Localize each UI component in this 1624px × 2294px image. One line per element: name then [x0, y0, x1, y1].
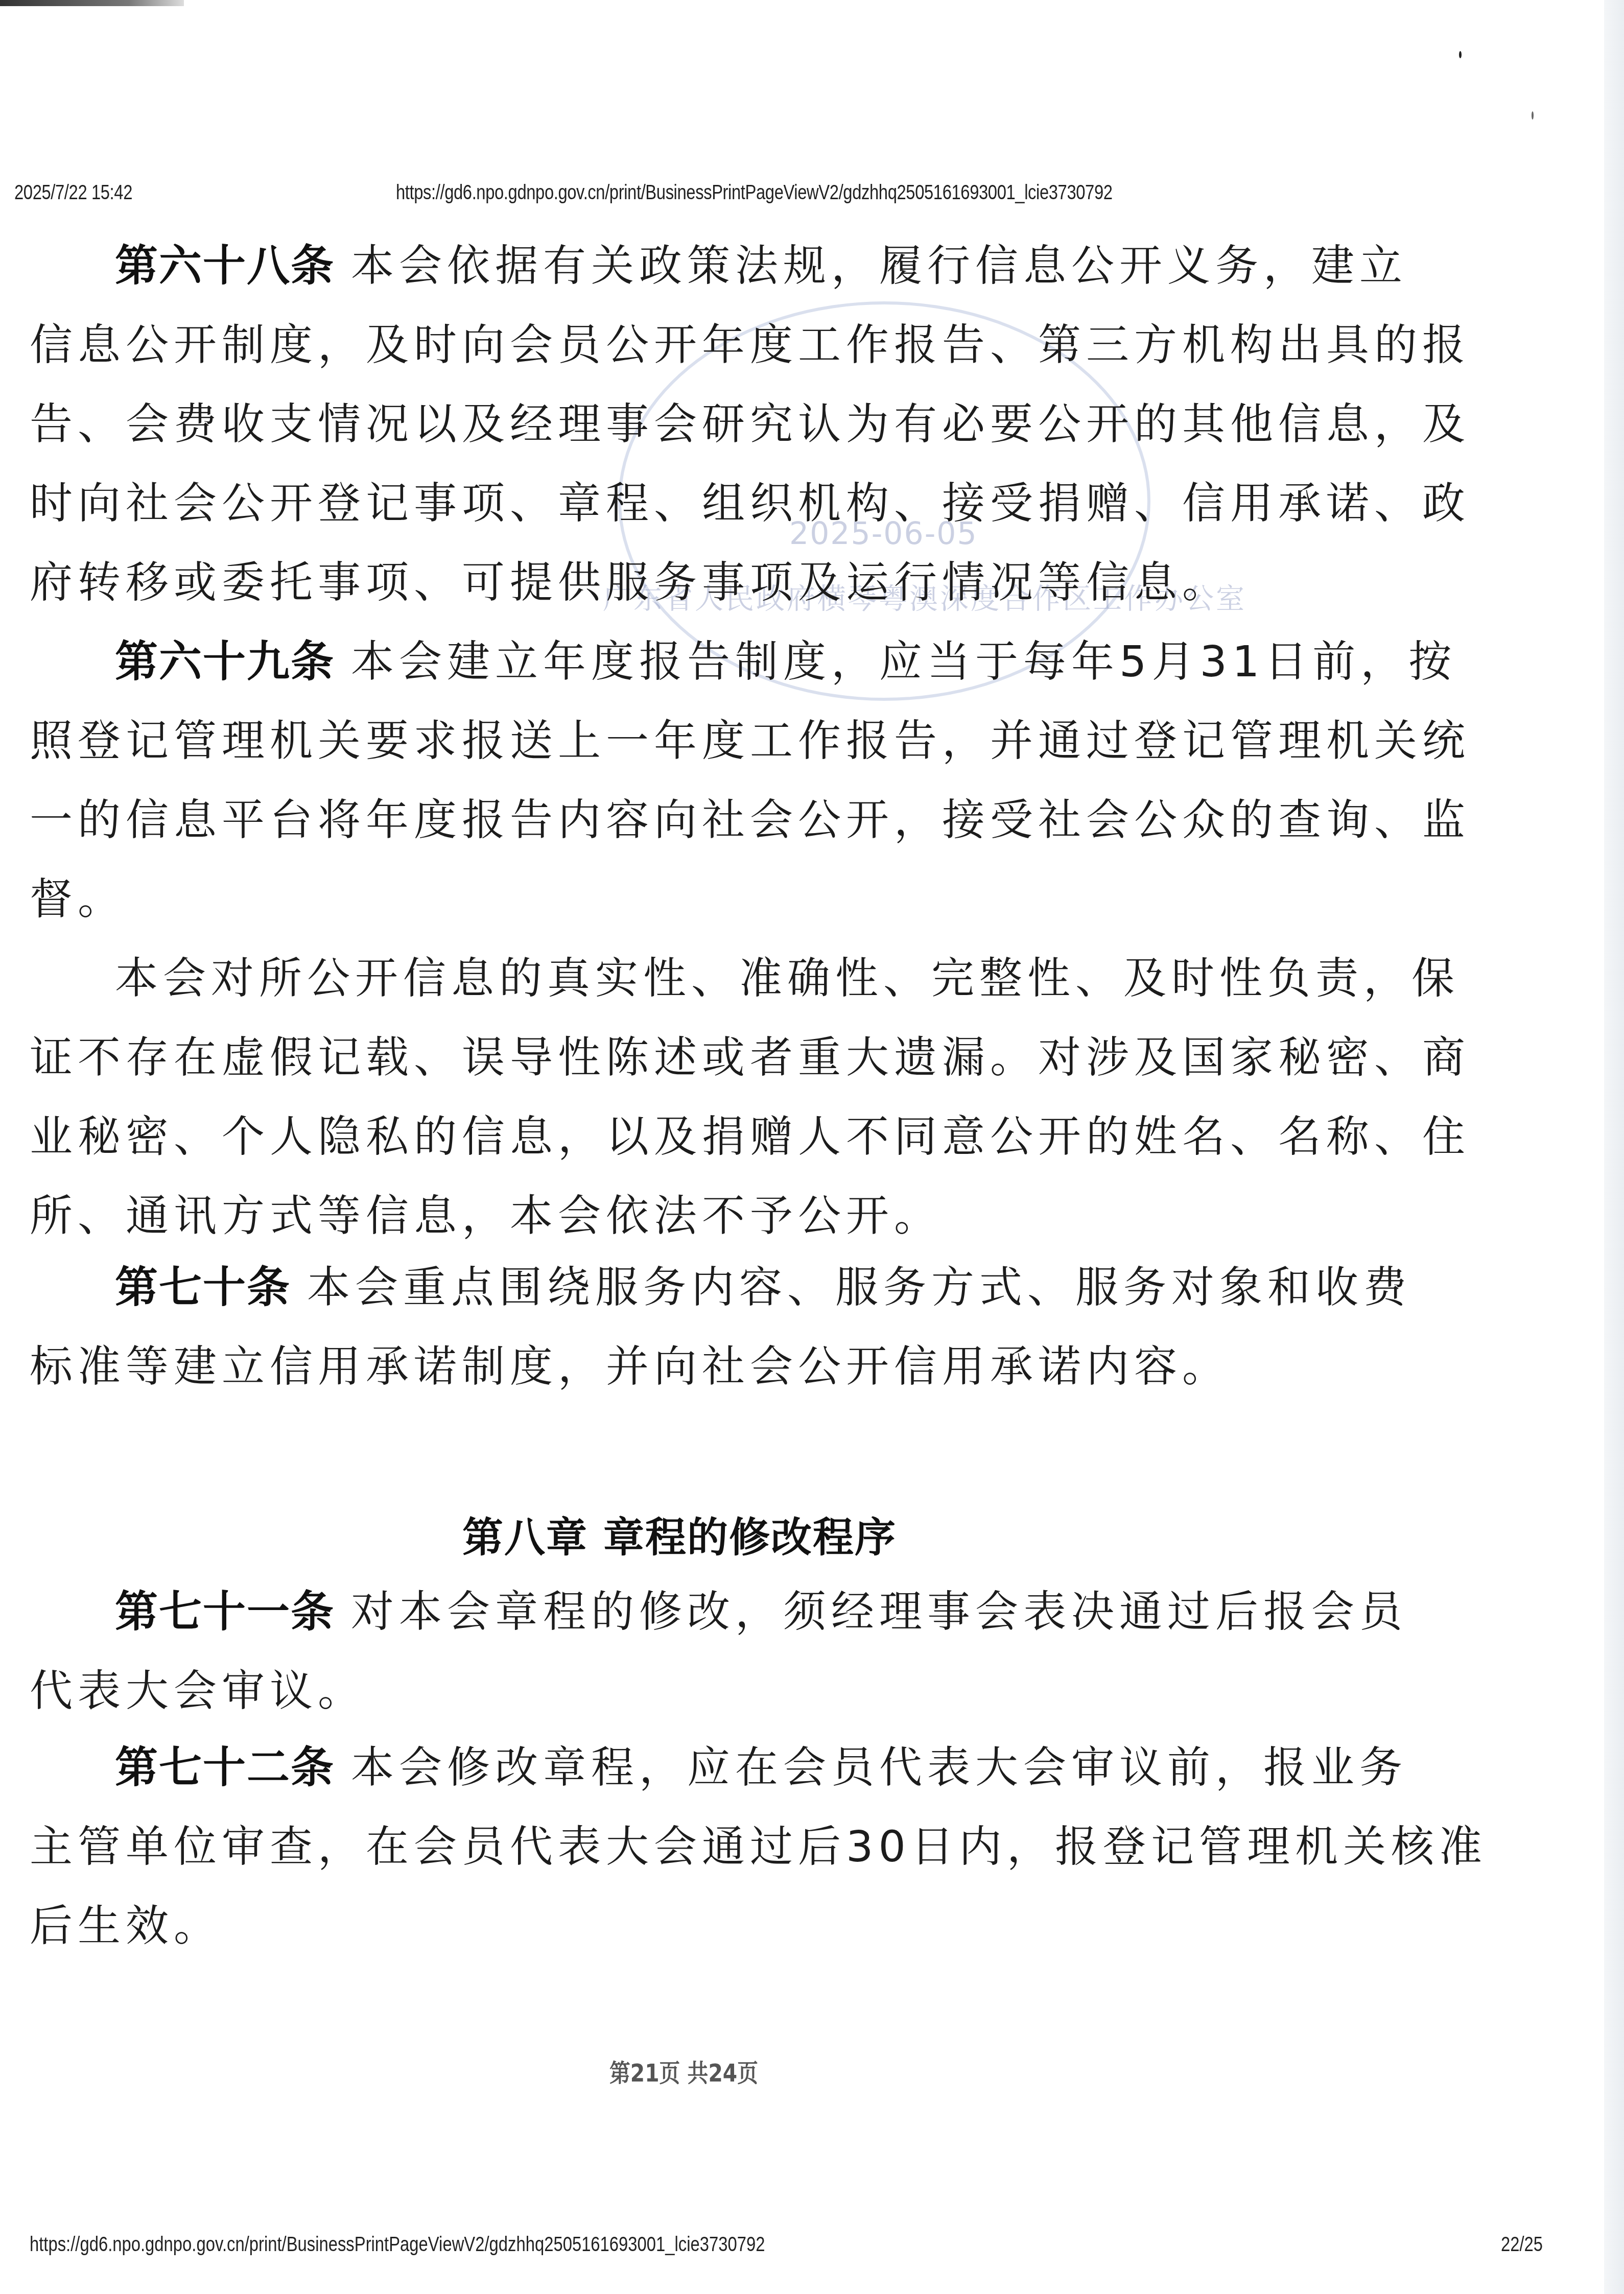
- article-69-line-4: 督。: [30, 873, 126, 925]
- article-71-line-2: 代表大会审议。: [30, 1665, 366, 1716]
- article-70-label: 第七十条: [115, 1262, 291, 1312]
- print-footer-url: https://gd6.npo.gdnpo.gov.cn/print/Busin…: [30, 2233, 765, 2256]
- print-header-datetime: 2025/7/22 15:42: [14, 181, 132, 204]
- article-69-para2-line-3: 业秘密、个人隐私的信息，以及捐赠人不同意公开的姓名、名称、住: [30, 1111, 1470, 1162]
- article-72-text: 本会修改章程，应在会员代表大会审议前，报业务: [351, 1742, 1407, 1792]
- print-footer-page-count: 22/25: [1501, 2233, 1543, 2256]
- scan-speck: [1459, 51, 1462, 58]
- chapter-8-heading: 第八章 章程的修改程序: [0, 1512, 1359, 1563]
- article-72-line-1: 第七十二条本会修改章程，应在会员代表大会审议前，报业务: [115, 1742, 1407, 1793]
- article-71-line-1: 第七十一条对本会章程的修改，须经理事会表决通过后报会员: [115, 1586, 1407, 1637]
- article-71-label: 第七十一条: [115, 1587, 335, 1637]
- article-69-line-1: 第六十九条本会建立年度报告制度，应当于每年5月31日前，按: [115, 636, 1456, 687]
- article-72-line-3: 后生效。: [30, 1900, 222, 1951]
- article-69-text: 本会建立年度报告制度，应当于每年5月31日前，按: [351, 636, 1456, 687]
- article-68-line-5: 府转移或委托事项、可提供服务事项及运行情况等信息。: [30, 557, 1230, 608]
- article-69-line-3: 一的信息平台将年度报告内容向社会公开，接受社会公众的查询、监: [30, 794, 1470, 845]
- article-70-line-1: 第七十条本会重点围绕服务内容、服务方式、服务对象和收费: [115, 1262, 1411, 1313]
- article-68-line-1: 第六十八条本会依据有关政策法规，履行信息公开义务，建立: [115, 240, 1407, 291]
- article-69-para2-line-4: 所、通讯方式等信息，本会依法不予公开。: [30, 1190, 942, 1241]
- article-72-label: 第七十二条: [115, 1742, 335, 1792]
- article-69-para2-line-2: 证不存在虚假记载、误导性陈述或者重大遗漏。对涉及国家秘密、商: [30, 1032, 1470, 1083]
- document-page-number: 第21页 共24页: [609, 2053, 758, 2089]
- scan-edge-artifact: [0, 0, 184, 6]
- article-68-text: 本会依据有关政策法规，履行信息公开义务，建立: [351, 241, 1407, 291]
- article-68-line-3: 告、会费收支情况以及经理事会研究认为有必要公开的其他信息，及: [30, 398, 1470, 450]
- scan-right-edge: [1604, 0, 1624, 2294]
- scan-speck: [1532, 111, 1534, 120]
- article-69-para2-line-1: 本会对所公开信息的真实性、准确性、完整性、及时性负责，保: [115, 953, 1460, 1004]
- print-header-url: https://gd6.npo.gdnpo.gov.cn/print/Busin…: [396, 181, 1113, 204]
- article-68-label: 第六十八条: [115, 241, 335, 291]
- article-69-label: 第六十九条: [115, 636, 335, 687]
- article-68-line-2: 信息公开制度，及时向会员公开年度工作报告、第三方机构出具的报: [30, 319, 1470, 370]
- article-70-text: 本会重点围绕服务内容、服务方式、服务对象和收费: [307, 1262, 1411, 1312]
- article-71-text: 对本会章程的修改，须经理事会表决通过后报会员: [351, 1587, 1407, 1637]
- article-69-line-2: 照登记管理机关要求报送上一年度工作报告，并通过登记管理机关统: [30, 715, 1470, 766]
- article-68-line-4: 时向社会公开登记事项、章程、组织机构、接受捐赠、信用承诺、政: [30, 478, 1470, 529]
- article-72-line-2: 主管单位审查，在会员代表大会通过后30日内，报登记管理机关核准: [30, 1821, 1487, 1872]
- article-70-line-2: 标准等建立信用承诺制度，并向社会公开信用承诺内容。: [30, 1341, 1230, 1392]
